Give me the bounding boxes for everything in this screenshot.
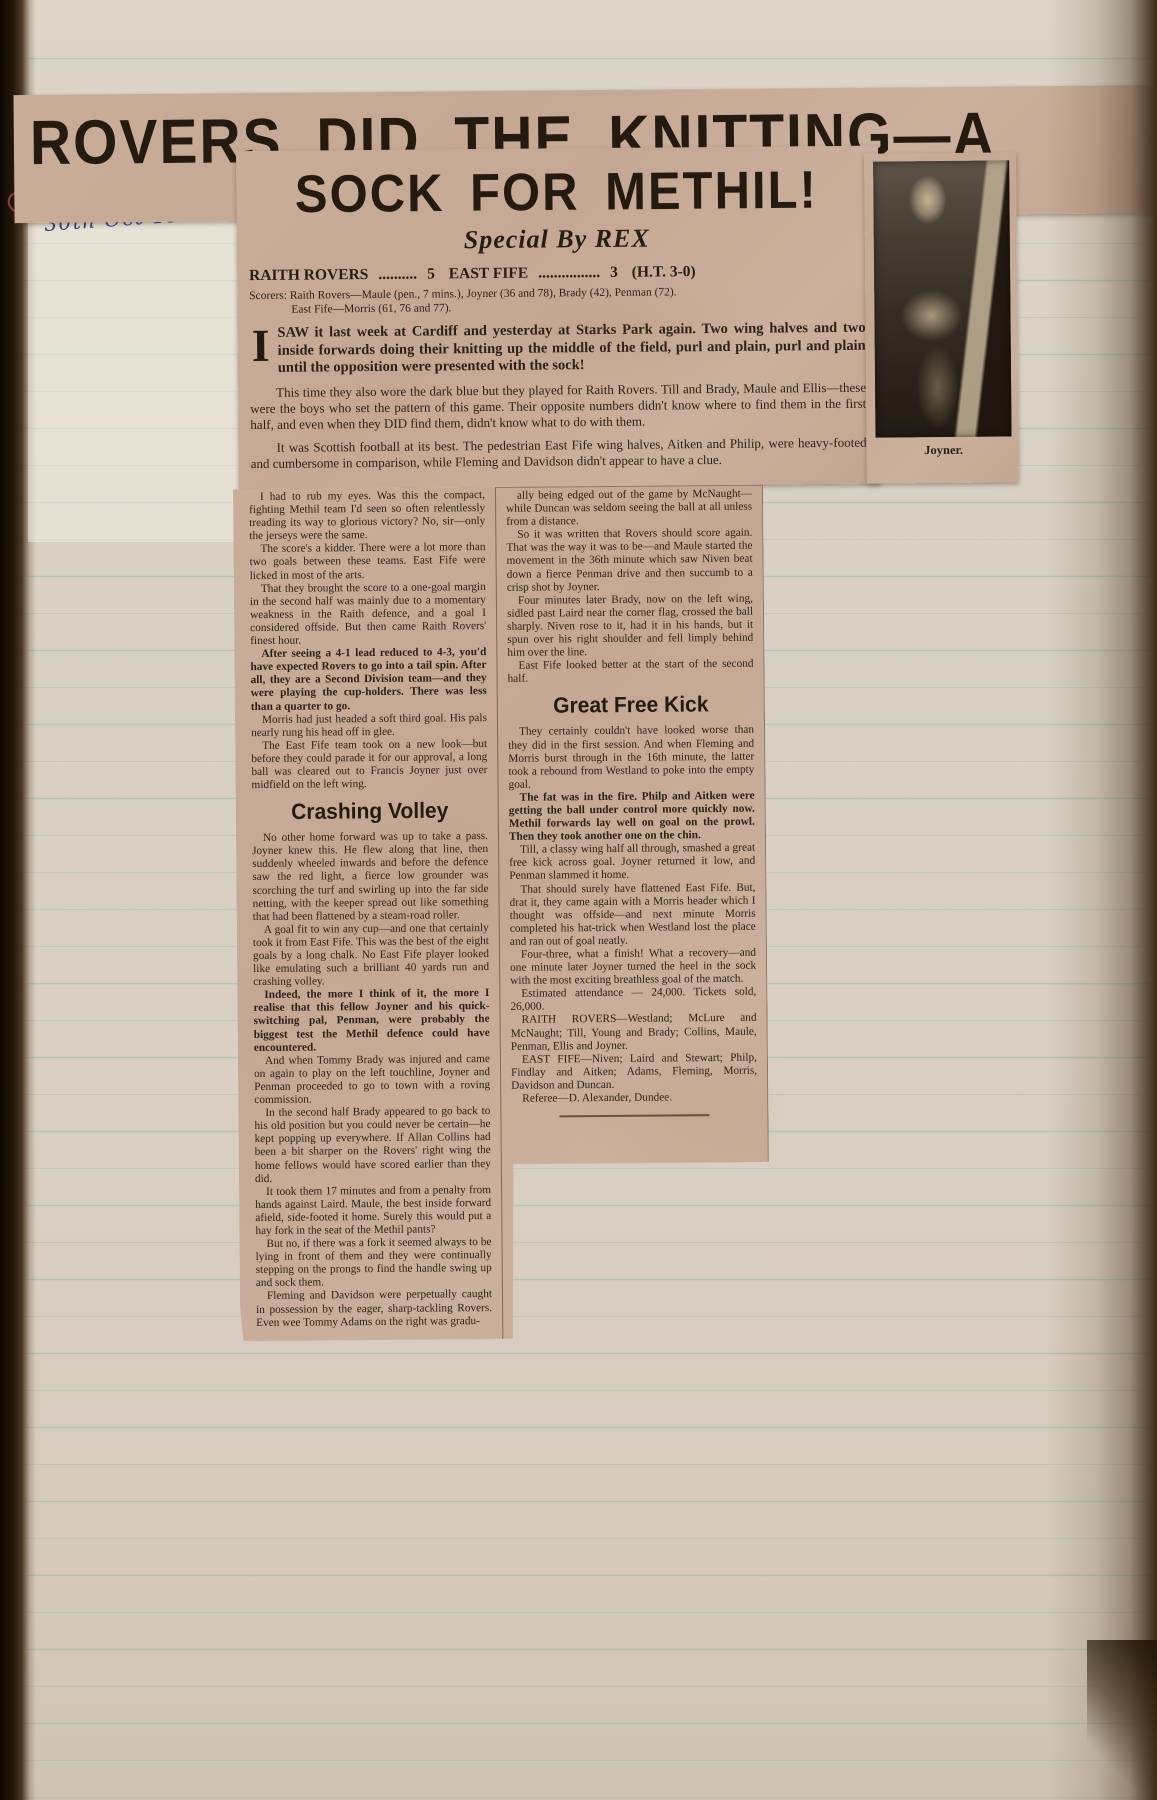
- newspaper-clipping: ROVERS DID THE KNITTING—A SOCK FOR METHI…: [0, 0, 1157, 1800]
- photo-caption: Joyner.: [876, 442, 1012, 458]
- article-paragraph: The score's a kidder. There were a lot m…: [249, 541, 485, 582]
- article-header: SOCK FOR METHIL! Special By REX RAITH RO…: [236, 146, 881, 490]
- intro-paragraph: It was Scottish football at its best. Th…: [251, 434, 867, 471]
- corner-curl: [1087, 1640, 1157, 1800]
- intro-paragraphs: This time they also wore the dark blue b…: [250, 379, 867, 471]
- article-paragraph: Great Free Kick: [508, 692, 754, 719]
- article-paragraph: It took them 17 minutes and from a penal…: [255, 1184, 491, 1238]
- article-paragraph: ally being edged out of the game by McNa…: [506, 488, 752, 529]
- article-paragraph: I had to rub my eyes. Was this the compa…: [249, 489, 485, 543]
- byline: Special By REX: [249, 222, 865, 257]
- article-paragraph: They certainly couldn't have looked wors…: [508, 724, 755, 792]
- page-edge-shading: [1047, 0, 1157, 1800]
- scorers: Scorers: Raith Rovers—Maule (pen., 7 min…: [249, 285, 865, 317]
- away-score: 3: [610, 264, 618, 281]
- player-photo: [873, 160, 1011, 437]
- article-paragraph: Four minutes later Brady, now on the lef…: [507, 592, 754, 660]
- article-paragraph: And when Tommy Brady was injured and cam…: [254, 1053, 490, 1107]
- article-paragraph: After seeing a 4-1 lead reduced to 4-3, …: [250, 646, 487, 714]
- away-dots: ................: [538, 264, 600, 282]
- article-paragraph: But no, if there was a fork it seemed al…: [255, 1236, 491, 1290]
- column-left: I had to rub my eyes. Was this the compa…: [233, 487, 502, 1341]
- intro-paragraph: This time they also wore the dark blue b…: [250, 379, 866, 432]
- article-paragraph: That should surely have flattened East F…: [509, 881, 756, 949]
- article-paragraph: The fat was in the fire. Philp and Aitke…: [509, 790, 755, 845]
- article-paragraph: Four-three, what a finish! What a recove…: [510, 947, 756, 988]
- column-right-items: ally being edged out of the game by McNa…: [506, 488, 757, 1106]
- half-time-score: (H.T. 3-0): [632, 263, 696, 281]
- article-paragraph: A goal fit to win any cup—and one that c…: [253, 922, 490, 990]
- photo-block: Joyner.: [864, 152, 1019, 483]
- article-paragraph: Indeed, the more I think of it, the more…: [253, 987, 490, 1055]
- home-team: RAITH ROVERS: [249, 266, 368, 284]
- headline-line2: SOCK FOR METHIL!: [248, 160, 865, 226]
- article-paragraph: That they brought the score to a one-goa…: [250, 581, 487, 649]
- article-paragraph: No other home forward was up to take a p…: [252, 830, 489, 924]
- scoreline: RAITH ROVERS..........5 EAST FIFE.......…: [249, 262, 865, 285]
- article-paragraph: RAITH ROVERS—Westland; McLure and McNaug…: [511, 1012, 757, 1053]
- article-paragraph: The East Fife team took on a new look—bu…: [251, 738, 487, 792]
- article-paragraph: Fleming and Davidson were perpetually ca…: [256, 1288, 492, 1329]
- article-paragraph: Morris had just headed a soft third goal…: [251, 712, 487, 740]
- column-right: ally being edged out of the game by McNa…: [495, 485, 770, 1339]
- article-paragraph: Till, a classy wing half all through, sm…: [509, 842, 755, 883]
- article-body: I had to rub my eyes. Was this the compa…: [233, 485, 770, 1342]
- article-paragraph: Crashing Volley: [252, 799, 488, 826]
- article-paragraph: So it was written that Rovers should sco…: [506, 527, 753, 595]
- article-paragraph: East Fife looked better at the start of …: [507, 658, 753, 686]
- scrapbook-page: 30th Oct 1948. ROVERS DID THE KNITTING—A…: [0, 0, 1157, 1800]
- article-paragraph: Referee—D. Alexander, Dundee.: [511, 1091, 757, 1106]
- article-paragraph: EAST FIFE—Niven; Laird and Stewart; Phil…: [511, 1051, 757, 1092]
- end-rule: [559, 1114, 709, 1117]
- article-paragraph: Estimated attendance — 24,000. Tickets s…: [510, 986, 756, 1014]
- intro-lead-text: SAW it last week at Cardiff and yesterda…: [277, 320, 865, 376]
- intro-lead: ISAW it last week at Cardiff and yesterd…: [250, 320, 866, 378]
- away-team: EAST FIFE: [449, 265, 529, 283]
- article-paragraph: In the second half Brady appeared to go …: [254, 1105, 491, 1186]
- home-dots: ..........: [378, 266, 417, 283]
- home-score: 5: [427, 265, 435, 282]
- drop-cap: I: [250, 325, 278, 365]
